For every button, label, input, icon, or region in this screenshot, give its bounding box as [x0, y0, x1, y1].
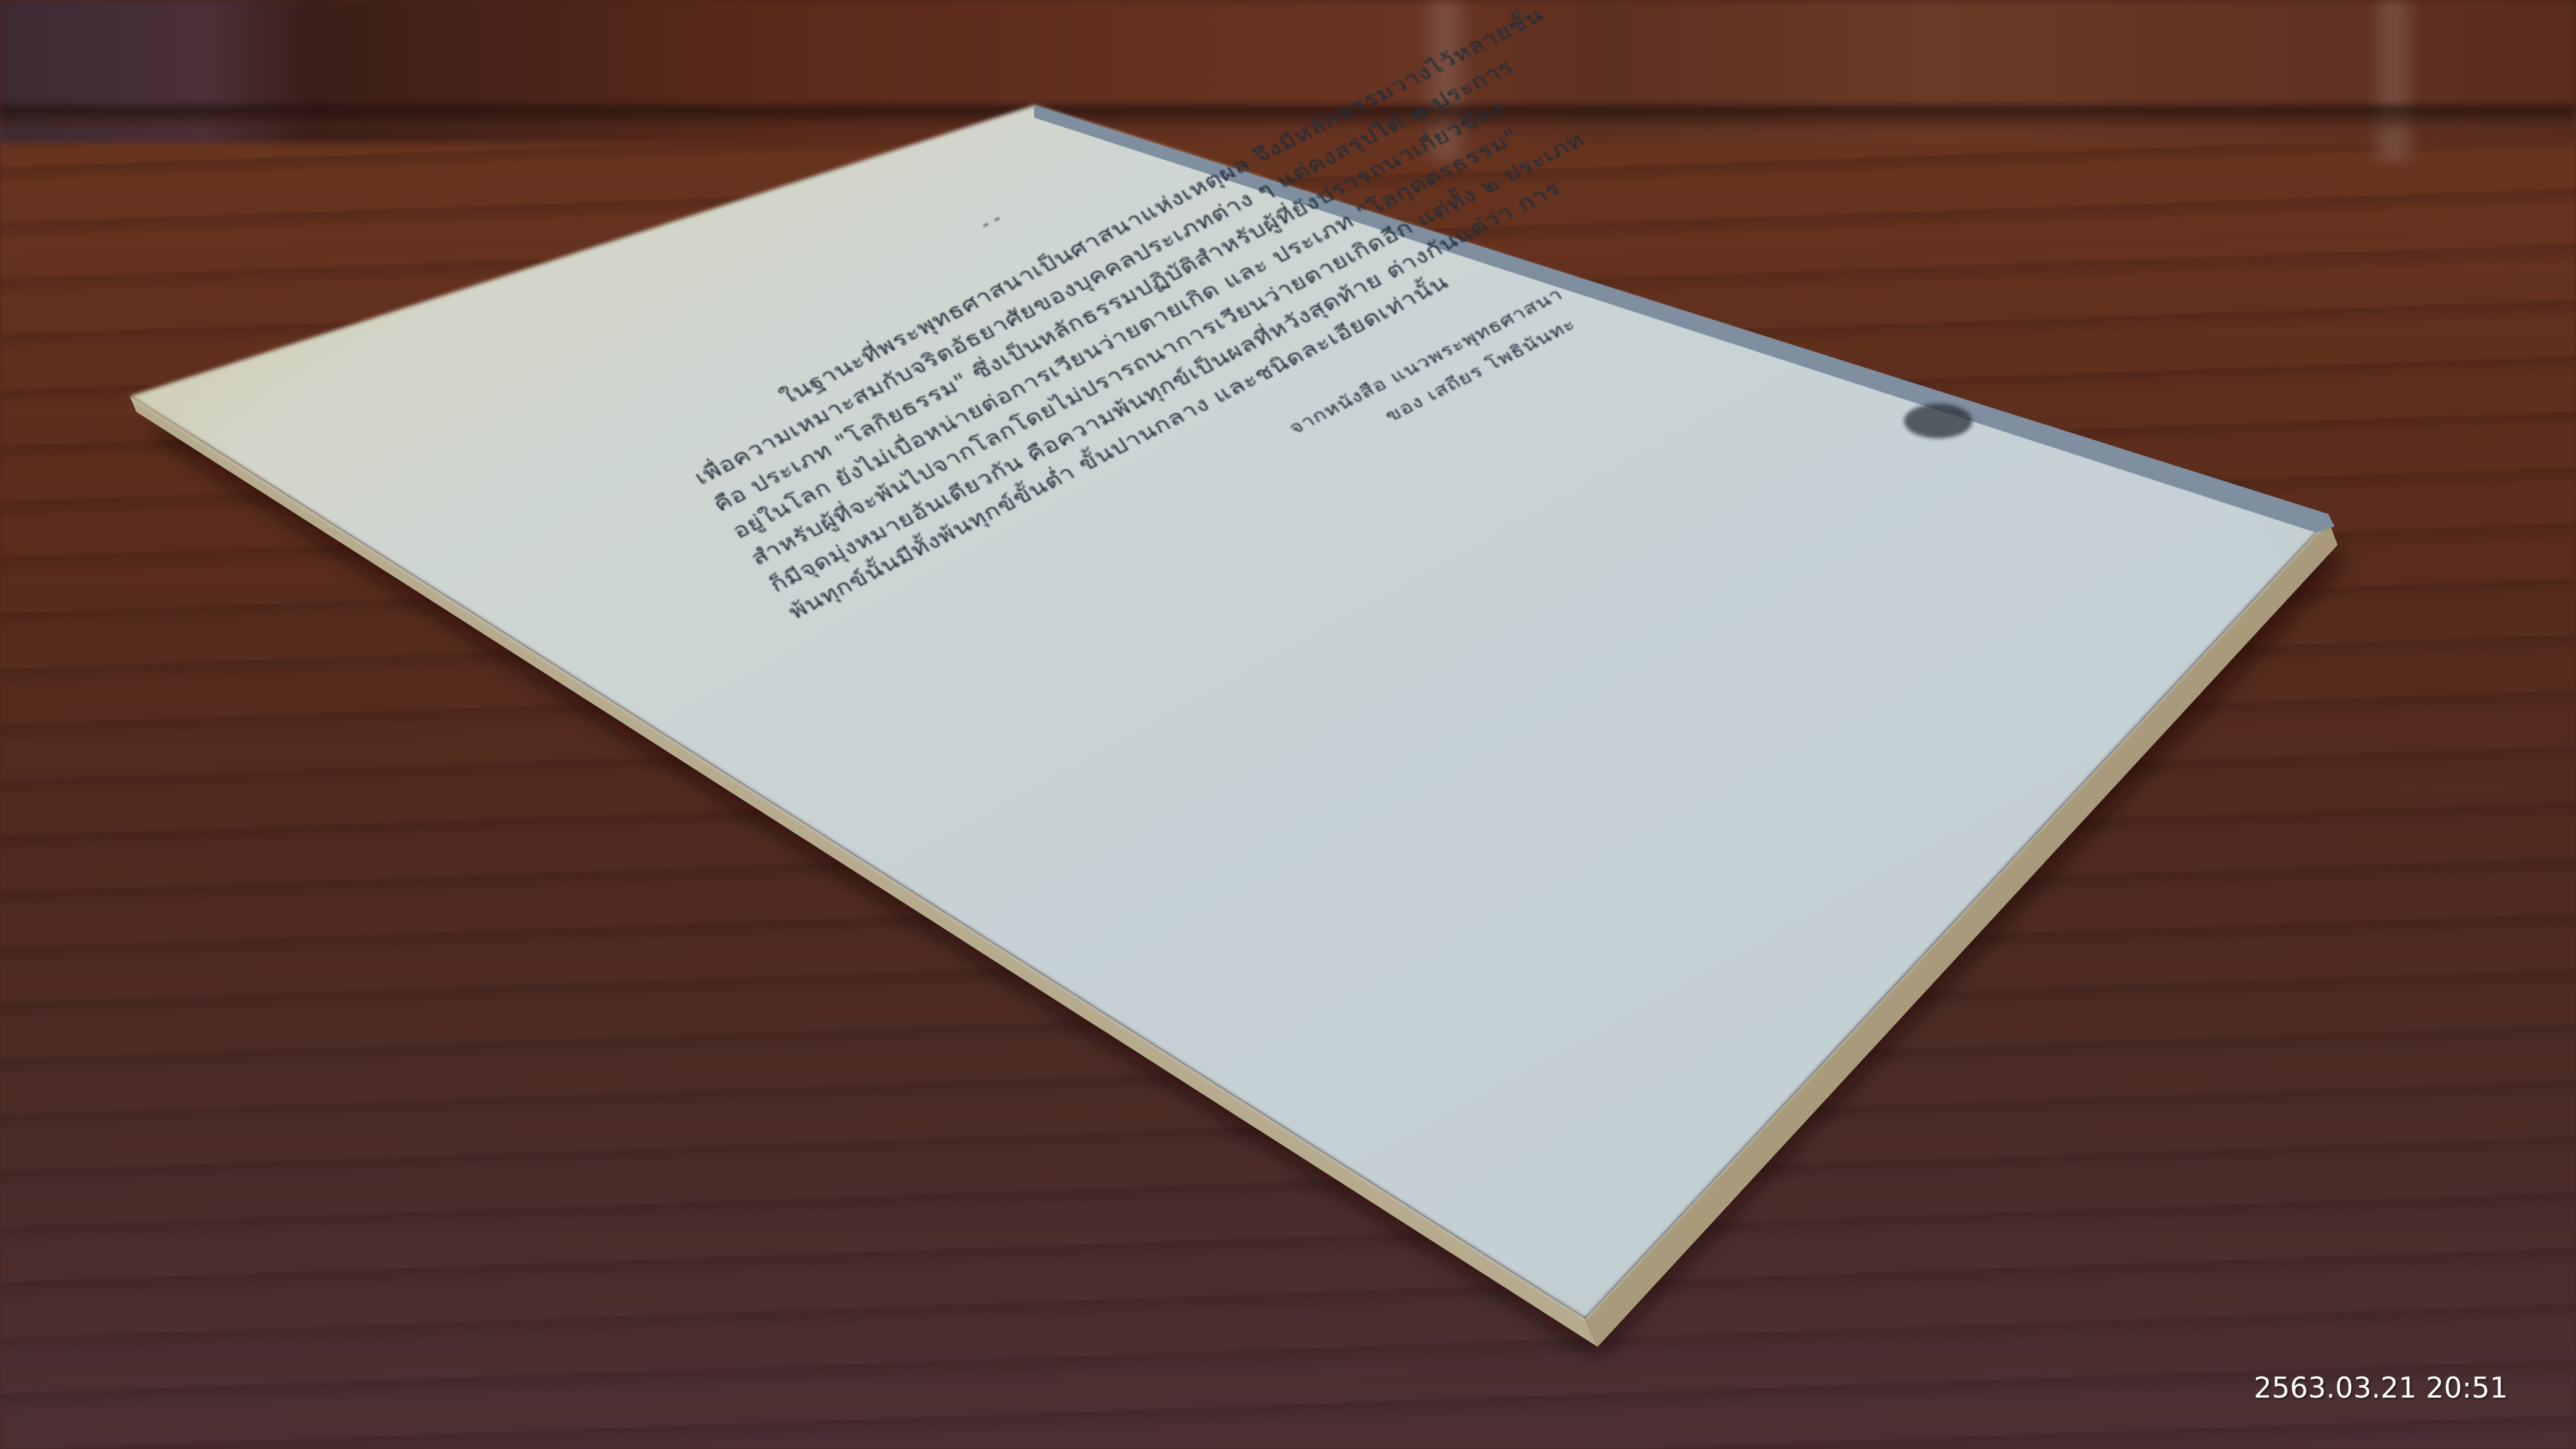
- photo-timestamp: 2563.03.21 20:51: [2253, 1371, 2508, 1404]
- stain: [1904, 404, 1972, 438]
- photo-scene: - - ในฐานะที่พระพุทธศาสนาเป็นศาสนาแห่งเห…: [0, 0, 2576, 1449]
